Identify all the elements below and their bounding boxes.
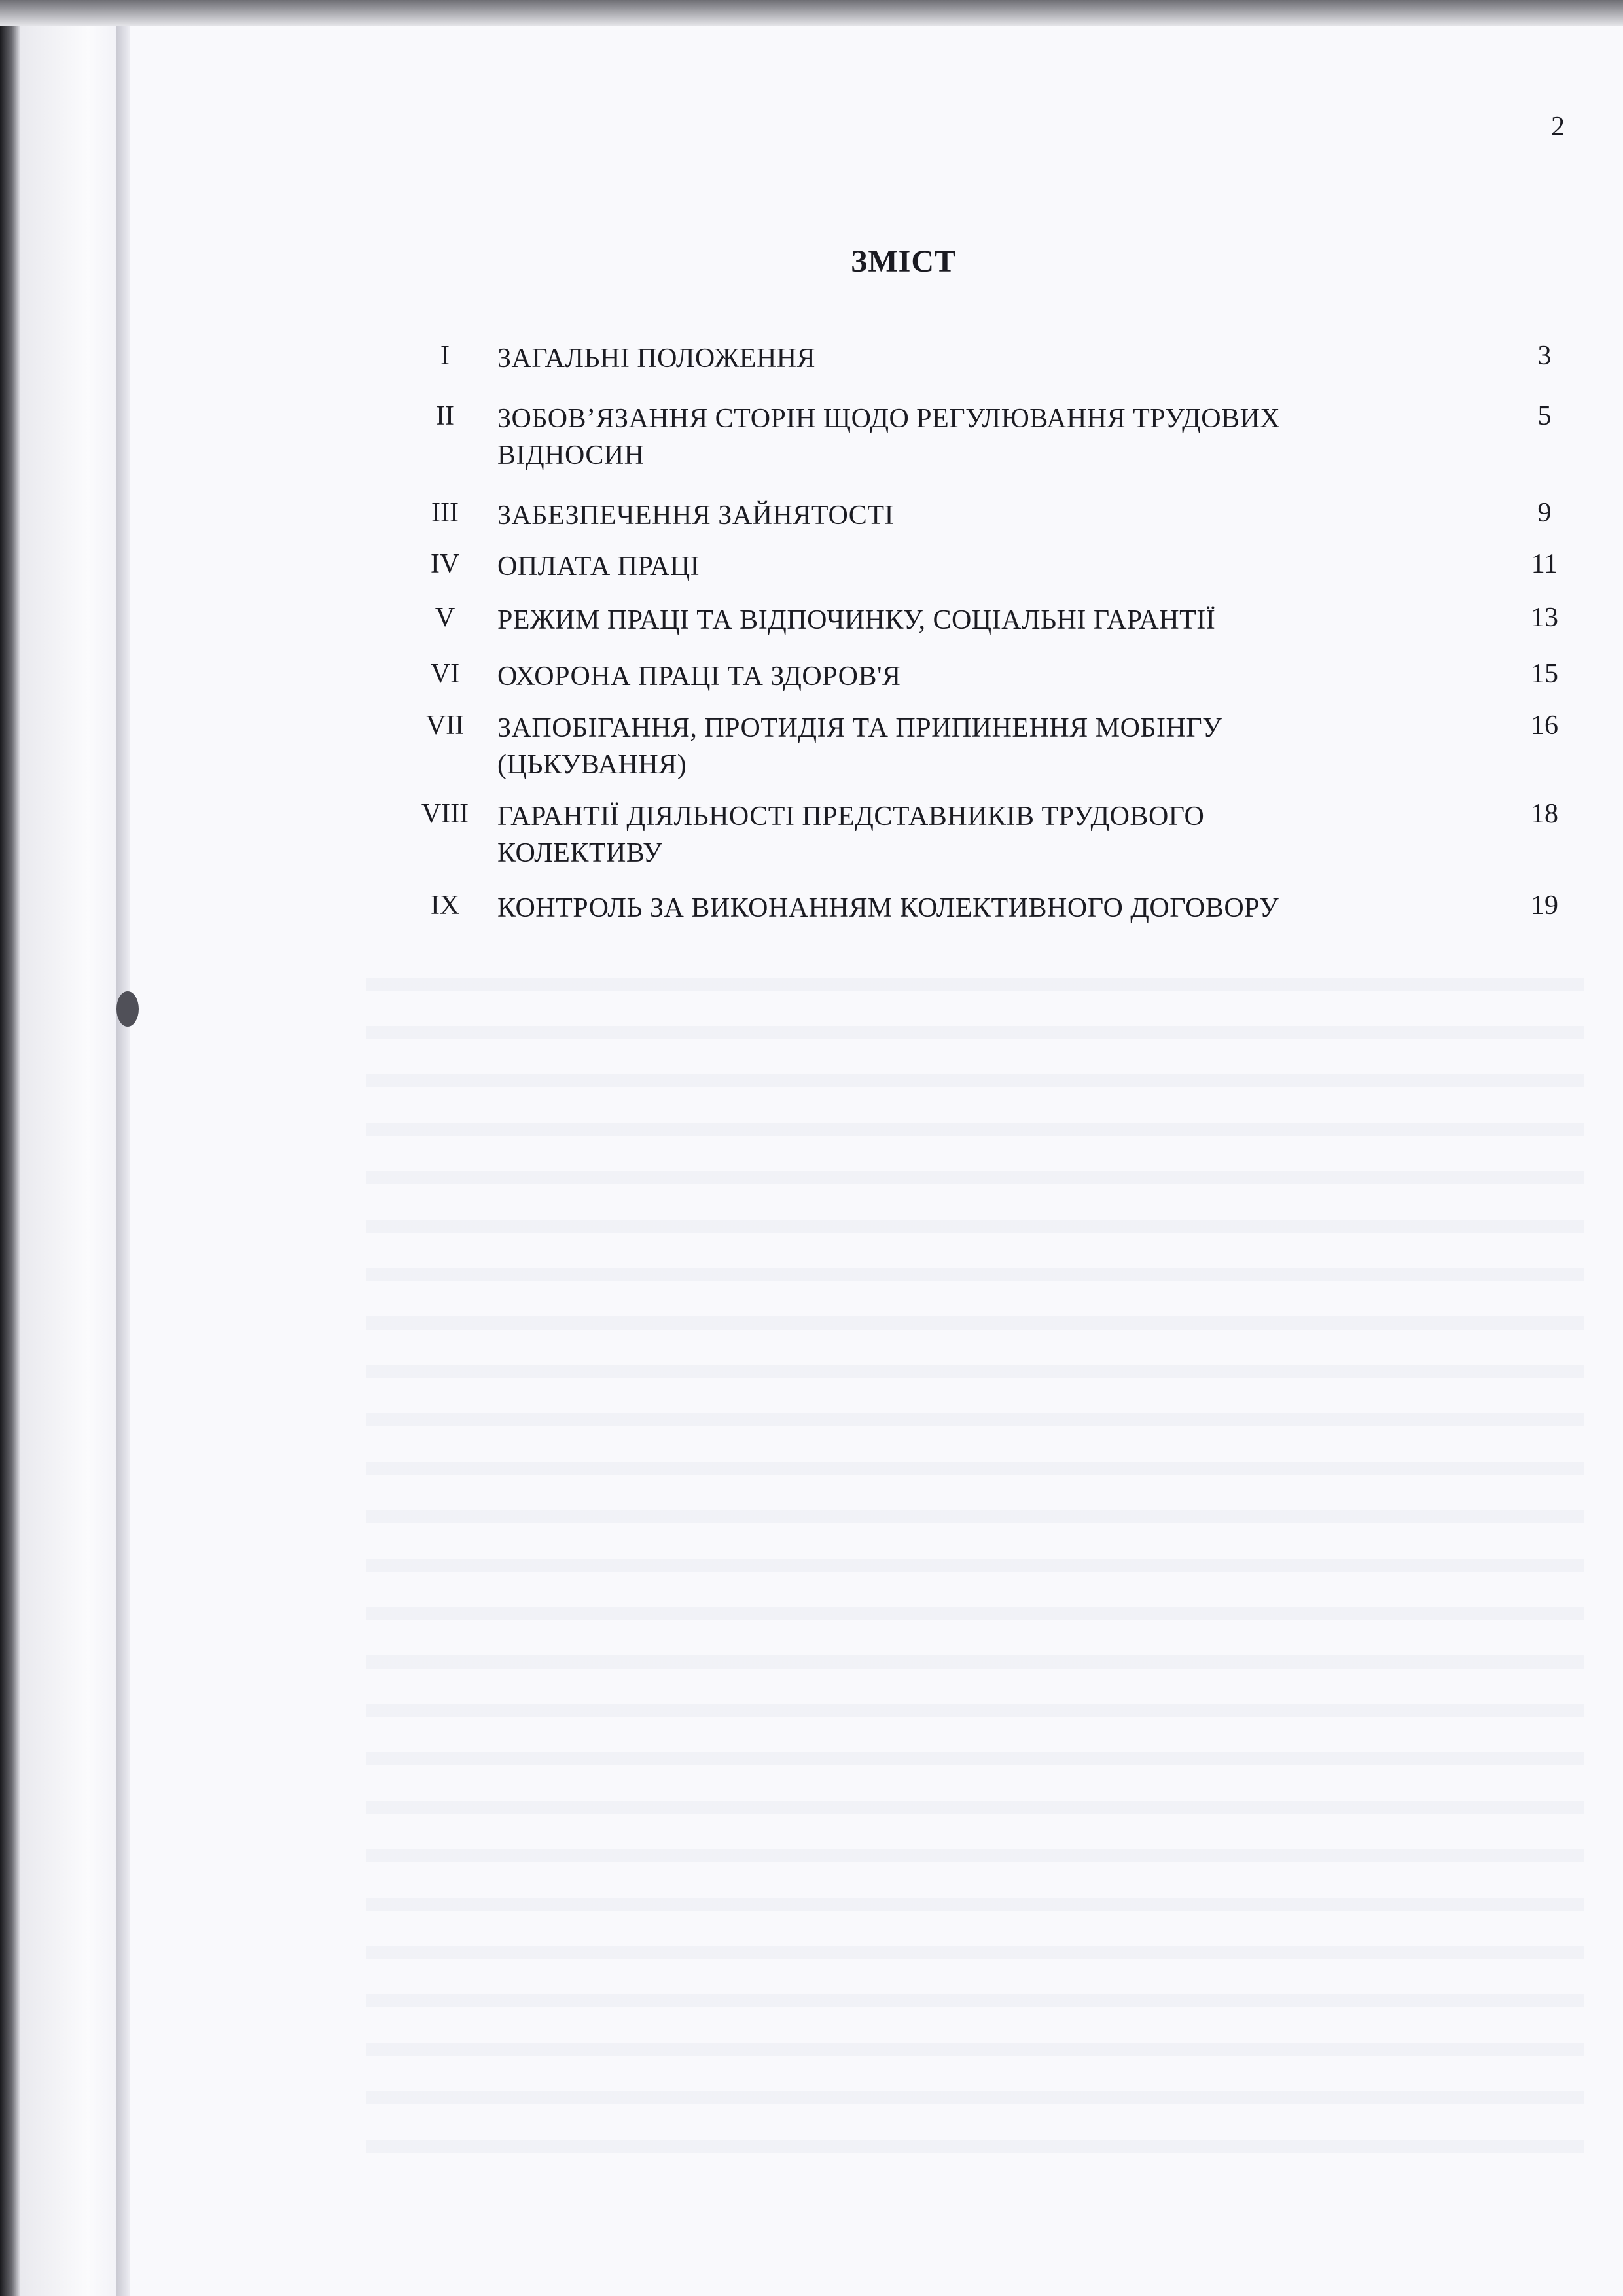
toc-section-number: V (406, 602, 484, 633)
scan-border-top (0, 0, 1623, 26)
toc-section-number: VIII (406, 798, 484, 830)
bleed-through-text (366, 942, 1584, 2185)
page-number: 2 (1551, 111, 1565, 143)
toc-page-number: 3 (1518, 340, 1571, 372)
toc-section-title: РЕЖИМ ПРАЦІ ТА ВІДПОЧИНКУ, СОЦІАЛЬНІ ГАР… (497, 602, 1427, 639)
toc-section-title: ЗОБОВ’ЯЗАННЯ СТОРІН ЩОДО РЕГУЛЮВАННЯ ТРУ… (497, 400, 1348, 474)
scan-border-left (0, 0, 20, 2296)
toc-section-number: IX (406, 890, 484, 921)
toc-page-number: 9 (1518, 497, 1571, 529)
toc-page-number: 16 (1518, 710, 1571, 741)
toc-section-title: ЗАПОБІГАННЯ, ПРОТИДІЯ ТА ПРИПИНЕННЯ МОБІ… (497, 710, 1348, 783)
toc-section-title: КОНТРОЛЬ ЗА ВИКОНАННЯМ КОЛЕКТИВНОГО ДОГО… (497, 890, 1427, 927)
toc-section-title: ЗАБЕЗПЕЧЕННЯ ЗАЙНЯТОСТІ (497, 497, 1427, 534)
page-fold-strip (20, 26, 118, 2296)
punch-hole-mark (116, 991, 139, 1027)
toc-page-number: 11 (1518, 548, 1571, 580)
page-fold-shadow (116, 26, 130, 2296)
toc-page-number: 18 (1518, 798, 1571, 830)
toc-section-title: ОХОРОНА ПРАЦІ ТА ЗДОРОВ'Я (497, 658, 1427, 695)
toc-section-number: IV (406, 548, 484, 580)
toc-page-number: 19 (1518, 890, 1571, 921)
toc-section-number: II (406, 400, 484, 432)
toc-section-number: VII (406, 710, 484, 741)
toc-section-number: VI (406, 658, 484, 690)
toc-section-title: ГАРАНТІЇ ДІЯЛЬНОСТІ ПРЕДСТАВНИКІВ ТРУДОВ… (497, 798, 1348, 872)
toc-page-number: 15 (1518, 658, 1571, 690)
toc-title: ЗМІСТ (851, 243, 956, 279)
toc-page-number: 5 (1518, 400, 1571, 432)
toc-section-number: I (406, 340, 484, 372)
toc-section-title: ЗАГАЛЬНІ ПОЛОЖЕННЯ (497, 340, 1427, 377)
toc-page-number: 13 (1518, 602, 1571, 633)
toc-section-number: III (406, 497, 484, 529)
toc-section-title: ОПЛАТА ПРАЦІ (497, 548, 1427, 585)
